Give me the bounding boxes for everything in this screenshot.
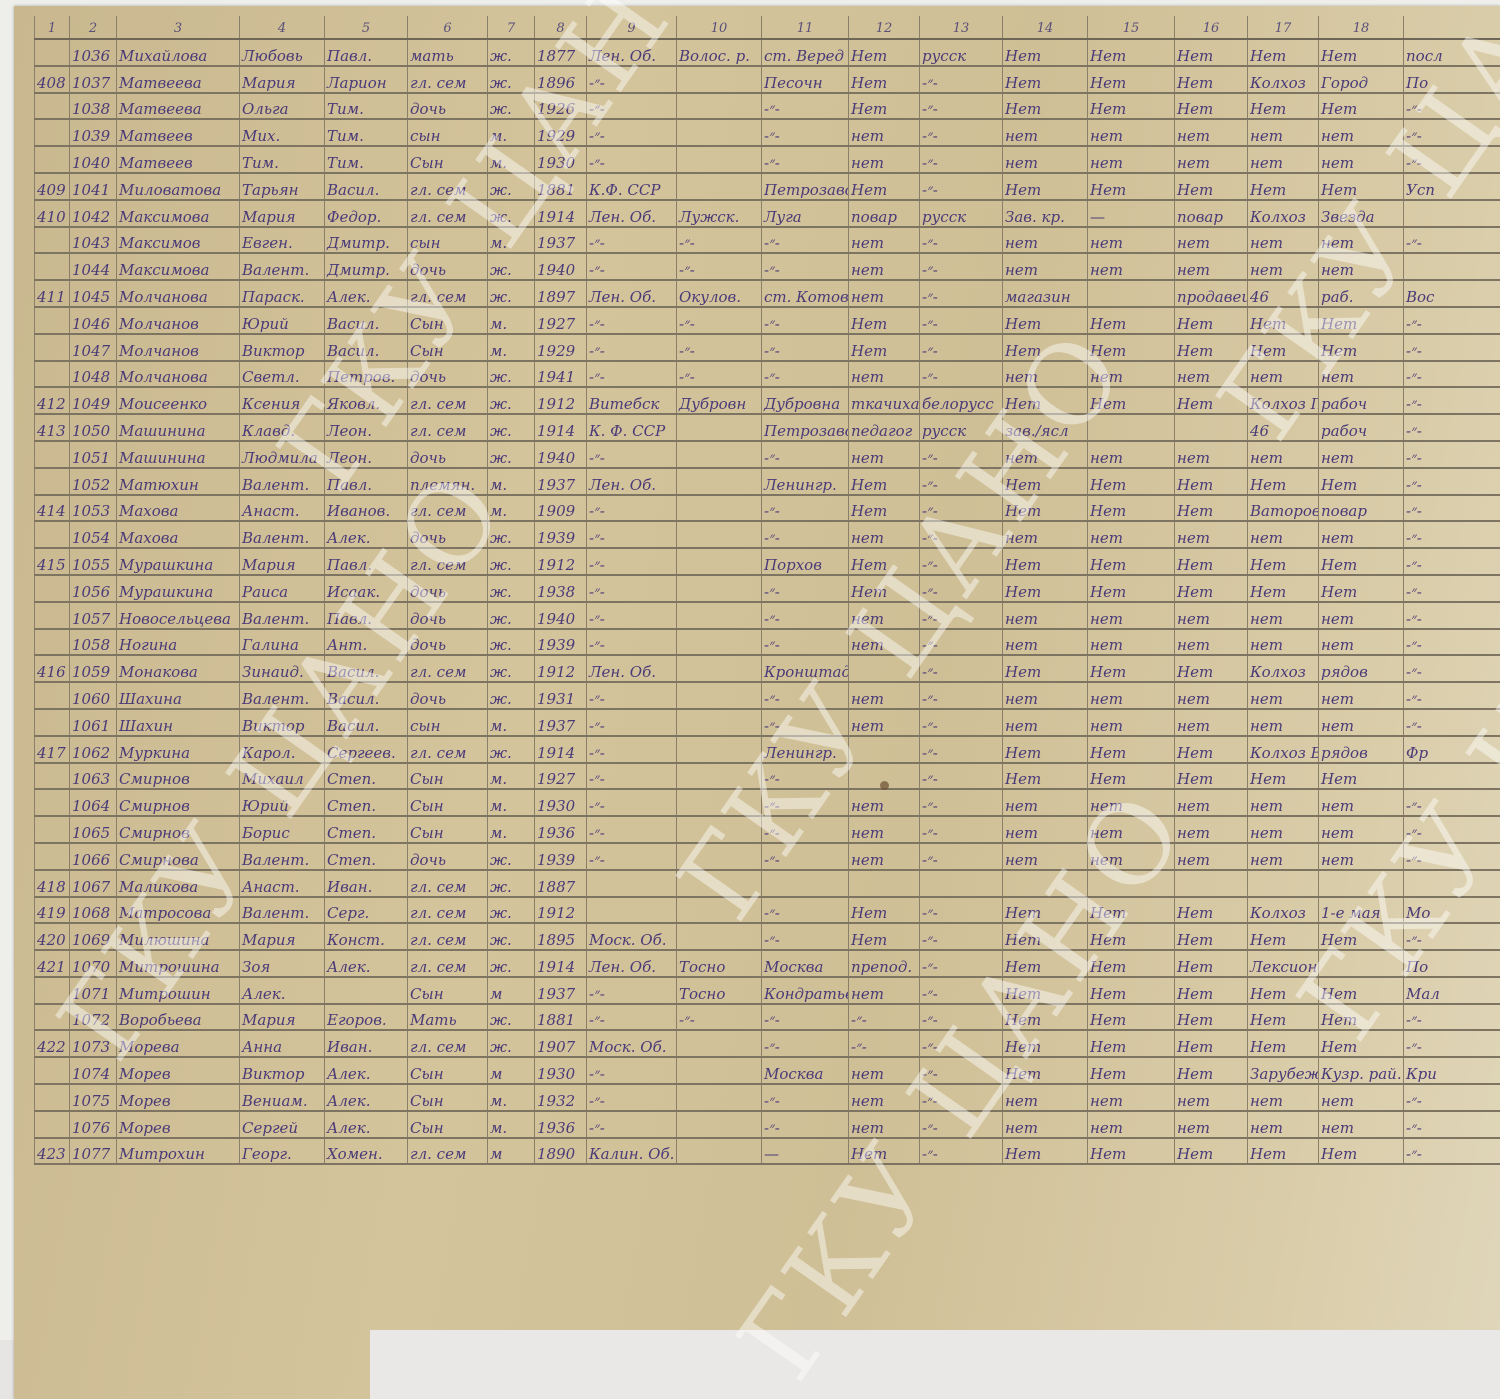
register-cell: -״- bbox=[1404, 1030, 1500, 1057]
register-row: 1064СмирновЮрийСтеп.Сынм.1930-״--״-нет-״… bbox=[35, 789, 1500, 816]
register-cell: Лен. Об. bbox=[587, 655, 677, 682]
register-cell: Ленингр. bbox=[762, 468, 849, 495]
register-cell: нет bbox=[1175, 361, 1248, 388]
register-cell: Исаак. bbox=[325, 575, 408, 602]
register-cell: 1877 bbox=[535, 39, 587, 66]
register-cell: м. bbox=[488, 146, 535, 173]
register-cell: Клавд. bbox=[240, 414, 325, 441]
register-cell: Ногина bbox=[117, 629, 240, 656]
register-cell: м. bbox=[488, 763, 535, 790]
register-cell: рядов bbox=[1319, 736, 1404, 763]
register-cell: 1058 bbox=[70, 629, 117, 656]
register-cell: Нет bbox=[1248, 923, 1319, 950]
register-cell: ж. bbox=[488, 253, 535, 280]
register-cell: ж. bbox=[488, 843, 535, 870]
register-cell: Лужск. bbox=[677, 200, 762, 227]
column-number: 15 bbox=[1088, 16, 1175, 39]
register-cell: 1055 bbox=[70, 548, 117, 575]
register-cell: нет bbox=[849, 119, 920, 146]
register-cell: К. Ф. ССР bbox=[587, 414, 677, 441]
register-cell: Тосно bbox=[677, 977, 762, 1004]
register-cell: Нет bbox=[1088, 736, 1175, 763]
register-cell: Мать bbox=[408, 1004, 488, 1031]
register-cell: посл bbox=[1404, 39, 1500, 66]
register-cell: Нет bbox=[1175, 548, 1248, 575]
register-cell: нет bbox=[849, 629, 920, 656]
register-cell: нет bbox=[1319, 361, 1404, 388]
register-cell bbox=[677, 763, 762, 790]
register-row: 1046МолчановЮрийВасил.Сынм.1927-״--״--״-… bbox=[35, 307, 1500, 334]
register-cell: Нет bbox=[1248, 575, 1319, 602]
register-cell bbox=[1404, 870, 1500, 897]
register-cell: -״- bbox=[762, 495, 849, 522]
register-cell: Нет bbox=[1175, 950, 1248, 977]
register-cell: Нет bbox=[1088, 1030, 1175, 1057]
register-cell bbox=[35, 1004, 70, 1031]
register-cell: 1073 bbox=[70, 1030, 117, 1057]
register-cell: 1930 bbox=[535, 789, 587, 816]
register-cell: Нет bbox=[849, 93, 920, 120]
register-cell: Алек. bbox=[325, 950, 408, 977]
register-cell: -״- bbox=[920, 1084, 1003, 1111]
register-cell: Луга bbox=[762, 200, 849, 227]
register-row: 4211070МитрошинаЗояАлек.гл. семж.1914Лен… bbox=[35, 950, 1500, 977]
register-cell bbox=[920, 870, 1003, 897]
register-cell: Нет bbox=[1319, 575, 1404, 602]
register-cell: 418 bbox=[35, 870, 70, 897]
register-cell: гл. сем bbox=[408, 950, 488, 977]
register-cell: нет bbox=[1088, 253, 1175, 280]
register-cell: -״- bbox=[587, 709, 677, 736]
register-cell: -״- bbox=[587, 736, 677, 763]
register-cell bbox=[849, 736, 920, 763]
register-cell: нет bbox=[849, 816, 920, 843]
register-cell: -״- bbox=[587, 602, 677, 629]
register-cell: нет bbox=[1319, 521, 1404, 548]
column-number: 12 bbox=[849, 16, 920, 39]
register-cell: сын bbox=[408, 709, 488, 736]
register-cell: Нет bbox=[1088, 950, 1175, 977]
register-cell: 1060 bbox=[70, 682, 117, 709]
register-cell: ж. bbox=[488, 950, 535, 977]
register-cell: -״- bbox=[920, 1111, 1003, 1138]
column-number bbox=[1404, 16, 1500, 39]
register-cell: ж. bbox=[488, 655, 535, 682]
register-cell bbox=[677, 602, 762, 629]
register-cell bbox=[35, 227, 70, 254]
register-cell: нет bbox=[849, 682, 920, 709]
register-row: 1043МаксимовЕвген.Дмитр.сынм.1937-״--״--… bbox=[35, 227, 1500, 254]
register-row: 1044МаксимоваВалент.Дмитр.дочьж.1940-״--… bbox=[35, 253, 1500, 280]
register-cell: -״- bbox=[920, 1057, 1003, 1084]
register-cell: Галина bbox=[240, 629, 325, 656]
register-cell: -״- bbox=[920, 655, 1003, 682]
register-cell: Павл. bbox=[325, 39, 408, 66]
register-cell: Сын bbox=[408, 307, 488, 334]
register-cell: Нет bbox=[849, 575, 920, 602]
register-cell: Параск. bbox=[240, 280, 325, 307]
register-cell: 1931 bbox=[535, 682, 587, 709]
register-cell: нет bbox=[1003, 629, 1088, 656]
register-cell: Нет bbox=[849, 548, 920, 575]
register-cell: нет bbox=[1003, 119, 1088, 146]
register-cell: 1912 bbox=[535, 548, 587, 575]
register-cell: -״- bbox=[920, 119, 1003, 146]
register-cell bbox=[35, 361, 70, 388]
register-cell: Ксения bbox=[240, 387, 325, 414]
register-cell: Нет bbox=[849, 39, 920, 66]
register-cell: -״- bbox=[1404, 575, 1500, 602]
register-cell: нет bbox=[1175, 682, 1248, 709]
register-cell: Сын bbox=[408, 1084, 488, 1111]
register-cell: 1070 bbox=[70, 950, 117, 977]
register-cell: магазин bbox=[1003, 280, 1088, 307]
register-cell: Моск. Об. bbox=[587, 1030, 677, 1057]
register-cell: Монакова bbox=[117, 655, 240, 682]
register-cell: Валент. bbox=[240, 468, 325, 495]
register-cell: -״- bbox=[1404, 361, 1500, 388]
register-cell: Петрозавод. bbox=[762, 173, 849, 200]
register-cell: Лен. Об. bbox=[587, 950, 677, 977]
register-cell: Васил. bbox=[325, 655, 408, 682]
register-cell: 1940 bbox=[535, 602, 587, 629]
register-cell: Тим. bbox=[325, 93, 408, 120]
register-cell: -״- bbox=[920, 709, 1003, 736]
register-cell: 416 bbox=[35, 655, 70, 682]
register-cell bbox=[677, 1030, 762, 1057]
register-cell: -״- bbox=[677, 253, 762, 280]
register-cell: Милюшина bbox=[117, 923, 240, 950]
register-cell: -״- bbox=[762, 923, 849, 950]
register-cell: Сергей bbox=[240, 1111, 325, 1138]
register-cell: Машинина bbox=[117, 414, 240, 441]
register-cell: -״- bbox=[920, 950, 1003, 977]
register-row: 1066СмирноваВалент.Степ.дочьж.1939-״--״-… bbox=[35, 843, 1500, 870]
register-cell: -״- bbox=[587, 1084, 677, 1111]
register-cell: Нет bbox=[1175, 468, 1248, 495]
register-cell: 1045 bbox=[70, 280, 117, 307]
register-cell: Тосно bbox=[677, 950, 762, 977]
register-cell: Нет bbox=[1175, 39, 1248, 66]
register-cell bbox=[35, 307, 70, 334]
register-cell: -״- bbox=[920, 843, 1003, 870]
register-cell: Нет bbox=[1319, 1004, 1404, 1031]
register-cell: нет bbox=[1175, 709, 1248, 736]
column-number: 7 bbox=[488, 16, 535, 39]
register-cell: Калин. Об. bbox=[587, 1138, 677, 1165]
register-cell: 1909 bbox=[535, 495, 587, 522]
register-cell: продавец bbox=[1175, 280, 1248, 307]
register-cell: Нет bbox=[1175, 763, 1248, 790]
column-number: 2 bbox=[70, 16, 117, 39]
register-cell: Колхоз bbox=[1248, 66, 1319, 93]
register-cell: нет bbox=[1003, 361, 1088, 388]
register-cell: нет bbox=[849, 146, 920, 173]
register-cell: 1053 bbox=[70, 495, 117, 522]
register-cell: Нет bbox=[1003, 387, 1088, 414]
register-cell: ж. bbox=[488, 682, 535, 709]
register-cell: рабоч bbox=[1319, 414, 1404, 441]
register-cell: Тим. bbox=[240, 146, 325, 173]
register-cell: нет bbox=[1175, 602, 1248, 629]
register-cell: гл. сем bbox=[408, 548, 488, 575]
register-cell bbox=[677, 1111, 762, 1138]
register-cell: нет bbox=[849, 843, 920, 870]
register-cell bbox=[1175, 870, 1248, 897]
register-cell: Ант. bbox=[325, 629, 408, 656]
register-cell bbox=[677, 1084, 762, 1111]
register-cell: Муркина bbox=[117, 736, 240, 763]
register-cell: Дмитр. bbox=[325, 227, 408, 254]
register-row: 1039МатвеевМих.Тим.сынм.1929-״--״-нет-״-… bbox=[35, 119, 1500, 146]
register-cell: Дмитр. bbox=[325, 253, 408, 280]
register-cell: 1937 bbox=[535, 468, 587, 495]
register-cell: 1881 bbox=[535, 1004, 587, 1031]
register-cell: нет bbox=[1088, 816, 1175, 843]
register-cell: Раиса bbox=[240, 575, 325, 602]
register-cell: Васил. bbox=[325, 334, 408, 361]
register-cell: 1069 bbox=[70, 923, 117, 950]
register-cell bbox=[1319, 950, 1404, 977]
register-cell bbox=[1003, 870, 1088, 897]
register-cell: Мих. bbox=[240, 119, 325, 146]
register-cell: Нет bbox=[1088, 763, 1175, 790]
register-cell: нет bbox=[1319, 1084, 1404, 1111]
register-cell: Нет bbox=[1175, 736, 1248, 763]
register-cell: Тим. bbox=[325, 146, 408, 173]
register-cell: -״- bbox=[762, 1111, 849, 1138]
column-number-row: 123456789101112131415161718 bbox=[35, 16, 1500, 39]
register-cell bbox=[1175, 414, 1248, 441]
register-cell: Молчанов bbox=[117, 334, 240, 361]
register-cell: Федор. bbox=[325, 200, 408, 227]
register-cell: Мария bbox=[240, 66, 325, 93]
register-cell bbox=[35, 843, 70, 870]
register-cell: Нет bbox=[1319, 468, 1404, 495]
register-cell: Фр bbox=[1404, 736, 1500, 763]
register-cell: -״- bbox=[1404, 1138, 1500, 1165]
register-cell: ж. bbox=[488, 923, 535, 950]
register-cell: 1051 bbox=[70, 441, 117, 468]
register-cell: Нет bbox=[1175, 307, 1248, 334]
register-cell: -״- bbox=[587, 253, 677, 280]
register-cell: Ваторов. м/у bbox=[1248, 495, 1319, 522]
register-cell bbox=[677, 548, 762, 575]
register-row: 4121049МоисеенкоКсенияЯковл.гл. семж.191… bbox=[35, 387, 1500, 414]
register-cell: нет bbox=[1003, 682, 1088, 709]
register-cell: ж. bbox=[488, 93, 535, 120]
register-cell: Нет bbox=[1175, 334, 1248, 361]
register-cell: Нет bbox=[1003, 736, 1088, 763]
register-cell bbox=[35, 441, 70, 468]
register-cell: 1037 bbox=[70, 66, 117, 93]
register-cell: гл. сем bbox=[408, 173, 488, 200]
register-cell: -״- bbox=[762, 119, 849, 146]
register-cell: нет bbox=[1319, 441, 1404, 468]
register-row: 1060ШахинаВалент.Васил.дочьж.1931-״--״-н… bbox=[35, 682, 1500, 709]
register-cell: Ларион bbox=[325, 66, 408, 93]
register-cell: Мария bbox=[240, 548, 325, 575]
register-cell: нет bbox=[1248, 789, 1319, 816]
register-cell: дочь bbox=[408, 253, 488, 280]
register-cell bbox=[677, 66, 762, 93]
register-cell: 1040 bbox=[70, 146, 117, 173]
register-cell bbox=[849, 870, 920, 897]
register-cell: Васил. bbox=[325, 173, 408, 200]
register-cell: 1041 bbox=[70, 173, 117, 200]
register-cell bbox=[677, 709, 762, 736]
register-cell bbox=[677, 923, 762, 950]
register-cell: Нет bbox=[849, 173, 920, 200]
register-cell: 414 bbox=[35, 495, 70, 522]
register-cell: -״- bbox=[1404, 227, 1500, 254]
register-cell bbox=[677, 1138, 762, 1165]
register-cell: 1937 bbox=[535, 709, 587, 736]
register-cell bbox=[325, 977, 408, 1004]
register-cell: Лен. Об. bbox=[587, 200, 677, 227]
register-cell: -״- bbox=[920, 441, 1003, 468]
register-cell: ж. bbox=[488, 548, 535, 575]
register-cell: Конст. bbox=[325, 923, 408, 950]
register-cell bbox=[762, 870, 849, 897]
register-cell: Матвеев bbox=[117, 119, 240, 146]
register-cell: -״- bbox=[762, 816, 849, 843]
register-cell: дочь bbox=[408, 361, 488, 388]
register-cell: -״- bbox=[1404, 682, 1500, 709]
register-cell: нет bbox=[1088, 119, 1175, 146]
register-cell: м. bbox=[488, 119, 535, 146]
register-cell: нет bbox=[1003, 816, 1088, 843]
register-row: 4221073МореваАннаИван.гл. семж.1907Моск.… bbox=[35, 1030, 1500, 1057]
column-number: 16 bbox=[1175, 16, 1248, 39]
register-cell: -״- bbox=[587, 227, 677, 254]
register-cell: Алек. bbox=[325, 521, 408, 548]
register-row: 1075МоревВениам.Алек.Сынм.1932-״--״-нет-… bbox=[35, 1084, 1500, 1111]
register-cell: -״- bbox=[920, 253, 1003, 280]
register-cell bbox=[35, 1084, 70, 1111]
register-cell: нет bbox=[1175, 789, 1248, 816]
register-cell: -״- bbox=[920, 495, 1003, 522]
register-cell: Сын bbox=[408, 763, 488, 790]
register-cell: Анаст. bbox=[240, 870, 325, 897]
register-row: 4161059МонаковаЗинаид.Васил.гл. семж.191… bbox=[35, 655, 1500, 682]
register-cell bbox=[35, 629, 70, 656]
register-cell: Михайлова bbox=[117, 39, 240, 66]
register-cell: м. bbox=[488, 495, 535, 522]
register-cell: Нет bbox=[1088, 575, 1175, 602]
register-cell: нет bbox=[1088, 1084, 1175, 1111]
register-cell: 1064 bbox=[70, 789, 117, 816]
register-cell: гл. сем bbox=[408, 414, 488, 441]
register-cell: -״- bbox=[762, 521, 849, 548]
register-cell: Ленингр. bbox=[762, 736, 849, 763]
register-cell: м. bbox=[488, 789, 535, 816]
register-cell: Васил. bbox=[325, 709, 408, 736]
register-cell: -״- bbox=[920, 897, 1003, 924]
register-cell: -״- bbox=[920, 923, 1003, 950]
register-cell: 411 bbox=[35, 280, 70, 307]
register-cell: гл. сем bbox=[408, 870, 488, 897]
register-row: 1061ШахинВикторВасил.сынм.1937-״--״-нет-… bbox=[35, 709, 1500, 736]
register-cell: 1912 bbox=[535, 897, 587, 924]
register-cell: Машинина bbox=[117, 441, 240, 468]
register-cell: Нет bbox=[1248, 548, 1319, 575]
register-cell: нет bbox=[1088, 1111, 1175, 1138]
register-cell: Нет bbox=[1003, 173, 1088, 200]
register-cell: Смирнов bbox=[117, 789, 240, 816]
register-cell: мать bbox=[408, 39, 488, 66]
register-cell: -״- bbox=[587, 93, 677, 120]
register-cell: Сын bbox=[408, 334, 488, 361]
register-cell: 1046 bbox=[70, 307, 117, 334]
register-cell: 1074 bbox=[70, 1057, 117, 1084]
register-cell: 1061 bbox=[70, 709, 117, 736]
register-cell: Окулов. bbox=[677, 280, 762, 307]
register-cell: Кузр. рай. bbox=[1319, 1057, 1404, 1084]
register-cell: нет bbox=[1088, 521, 1175, 548]
register-cell: Митрошина bbox=[117, 950, 240, 977]
register-cell: Нет bbox=[1319, 1138, 1404, 1165]
register-cell: Нет bbox=[1175, 923, 1248, 950]
register-cell: -״- bbox=[1404, 93, 1500, 120]
register-row: 1076МоревСергейАлек.Сынм.1936-״--״-нет-״… bbox=[35, 1111, 1500, 1138]
register-cell: Тарьян bbox=[240, 173, 325, 200]
register-cell: 1929 bbox=[535, 119, 587, 146]
register-cell: -״- bbox=[762, 602, 849, 629]
register-cell: Нет bbox=[1088, 93, 1175, 120]
register-cell: Нет bbox=[1175, 977, 1248, 1004]
register-cell: -״- bbox=[762, 441, 849, 468]
register-cell: м bbox=[488, 1057, 535, 1084]
register-cell: Иванов. bbox=[325, 495, 408, 522]
register-cell bbox=[35, 119, 70, 146]
register-cell: Колхоз bbox=[1248, 655, 1319, 682]
register-cell: 1914 bbox=[535, 736, 587, 763]
register-cell: нет bbox=[1088, 843, 1175, 870]
register-cell: 421 bbox=[35, 950, 70, 977]
register-cell: Нет bbox=[1088, 923, 1175, 950]
register-cell bbox=[1404, 763, 1500, 790]
register-cell: Нет bbox=[1088, 897, 1175, 924]
register-cell: Нет bbox=[1003, 334, 1088, 361]
register-cell: нет bbox=[1088, 602, 1175, 629]
register-cell: м. bbox=[488, 227, 535, 254]
register-cell: нет bbox=[1248, 682, 1319, 709]
register-cell: Нет bbox=[1319, 173, 1404, 200]
register-cell: -״- bbox=[1404, 789, 1500, 816]
register-cell: Нет bbox=[1319, 1030, 1404, 1057]
register-cell: 1056 bbox=[70, 575, 117, 602]
register-cell: Нет bbox=[1088, 468, 1175, 495]
register-cell bbox=[1088, 870, 1175, 897]
register-cell: Борис bbox=[240, 816, 325, 843]
register-cell: Нет bbox=[849, 307, 920, 334]
register-cell: нет bbox=[849, 441, 920, 468]
register-cell: -״- bbox=[762, 682, 849, 709]
register-cell: дочь bbox=[408, 441, 488, 468]
register-cell: 409 bbox=[35, 173, 70, 200]
register-cell bbox=[677, 173, 762, 200]
register-cell: -״- bbox=[920, 521, 1003, 548]
register-cell: Валент. bbox=[240, 682, 325, 709]
register-cell: -״- bbox=[920, 629, 1003, 656]
register-cell: -״- bbox=[587, 816, 677, 843]
register-cell: нет bbox=[1248, 1111, 1319, 1138]
register-cell: -״- bbox=[920, 468, 1003, 495]
register-cell: -״- bbox=[677, 227, 762, 254]
register-cell: 1941 bbox=[535, 361, 587, 388]
register-cell bbox=[677, 682, 762, 709]
